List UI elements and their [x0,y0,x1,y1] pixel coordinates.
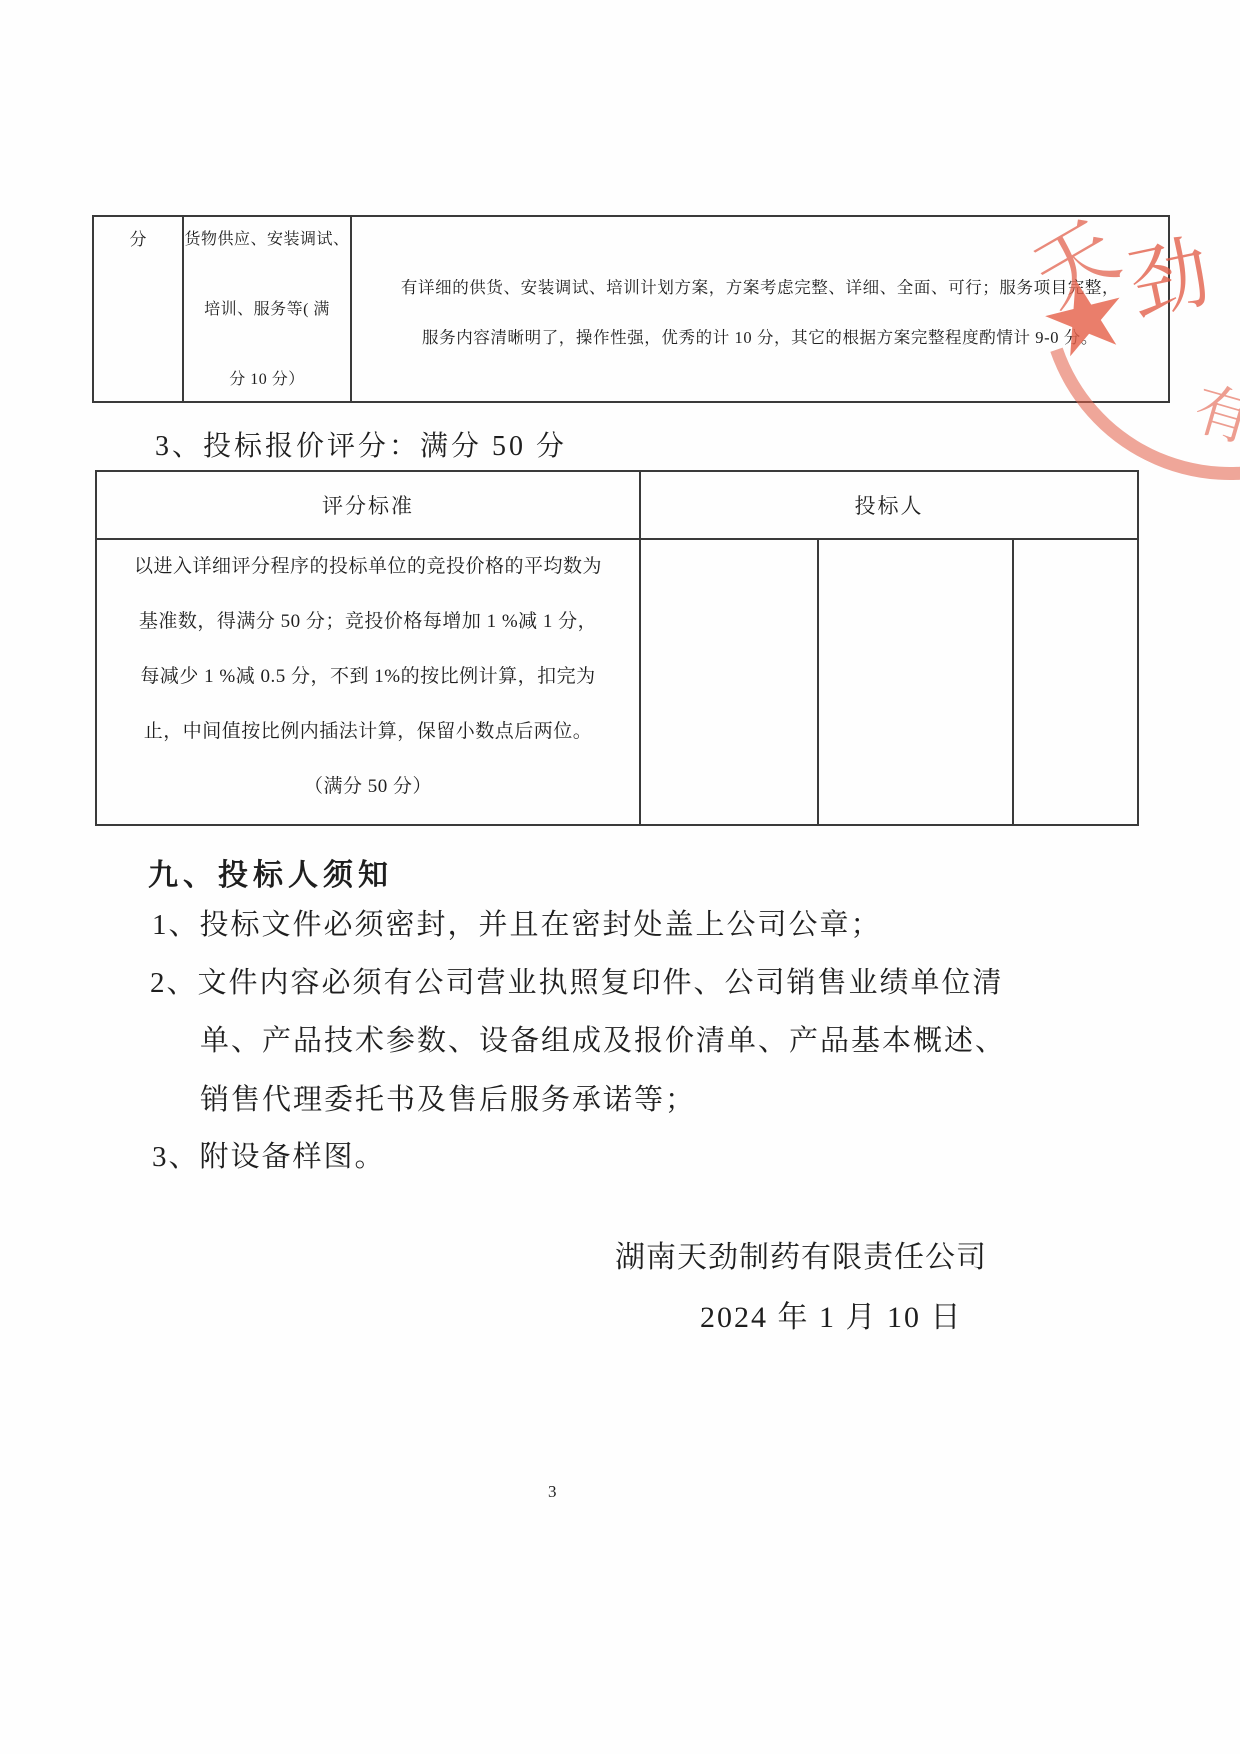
notice-item-3: 3、附设备样图。 [152,1134,386,1175]
criteria-line: 基准数，得满分 50 分；竞投价格每增加 1 %减 1 分， [97,605,639,660]
price-score-heading: 3、投标报价评分：满分 50 分 [155,424,567,464]
criteria-line: （满分 50 分） [97,770,639,825]
item-line: 培训、服务等( 满 [184,295,350,365]
service-score-table: 分 货物供应、安装调试、 培训、服务等( 满 分 10 分） 有详细的供货、安装… [92,215,1170,403]
bidder-cell-empty [1014,540,1137,824]
header-criteria-cell: 评分标准 [97,472,641,540]
criteria-line: 止，中间值按比例内插法计算，保留小数点后两位。 [97,715,639,770]
notice-item-1: 1、投标文件必须密封，并且在密封处盖上公司公章； [152,902,882,943]
criteria-line: 每减少 1 %减 0.5 分，不到 1%的按比例计算，扣完为 [97,660,639,715]
criteria-line: 以进入详细评分程序的投标单位的竞投价格的平均数为 [97,550,639,605]
service-table-criteria-cell: 有详细的供货、安装调试、培训计划方案，方案考虑完整、详细、全面、可行；服务项目完… [352,217,1168,401]
stamp-character: 有 [1186,362,1240,459]
score-fragment-text: 分 [94,225,182,250]
service-table-score-cell: 分 [94,217,184,401]
bidder-cells [641,540,1137,824]
bidder-cell-empty [641,540,819,824]
notice-section-heading: 九、投标人须知 [148,850,393,894]
notice-item-2-line: 单、产品技术参数、设备组成及报价清单、产品基本概述、 [200,1018,1006,1059]
header-bidder-cell: 投标人 [641,472,1137,540]
criteria-line: 有详细的供货、安装调试、培训计划方案，方案考虑完整、详细、全面、可行；服务项目完… [352,273,1168,323]
item-line: 货物供应、安装调试、 [184,225,350,295]
signature-company-name: 湖南天劲制药有限责任公司 [615,1232,987,1276]
page-number: 3 [548,1482,557,1502]
document-page: 分 货物供应、安装调试、 培训、服务等( 满 分 10 分） 有详细的供货、安装… [0,0,1240,1754]
signature-date: 2024 年 1 月 10 日 [700,1292,963,1336]
criteria-line: 服务内容清晰明了，操作性强，优秀的计 10 分，其它的根据方案完整程度酌情计 9… [352,323,1168,373]
notice-item-2-line: 销售代理委托书及售后服务承诺等； [200,1077,696,1118]
notice-item-2-line: 2、文件内容必须有公司营业执照复印件、公司销售业绩单位清 [150,960,1004,1001]
price-score-table: 评分标准 投标人 以进入详细评分程序的投标单位的竞投价格的平均数为 基准数，得满… [95,470,1139,826]
bidder-cell-empty [819,540,1014,824]
criteria-text-cell: 以进入详细评分程序的投标单位的竞投价格的平均数为 基准数，得满分 50 分；竞投… [97,540,641,824]
service-table-item-cell: 货物供应、安装调试、 培训、服务等( 满 分 10 分） [184,217,352,401]
